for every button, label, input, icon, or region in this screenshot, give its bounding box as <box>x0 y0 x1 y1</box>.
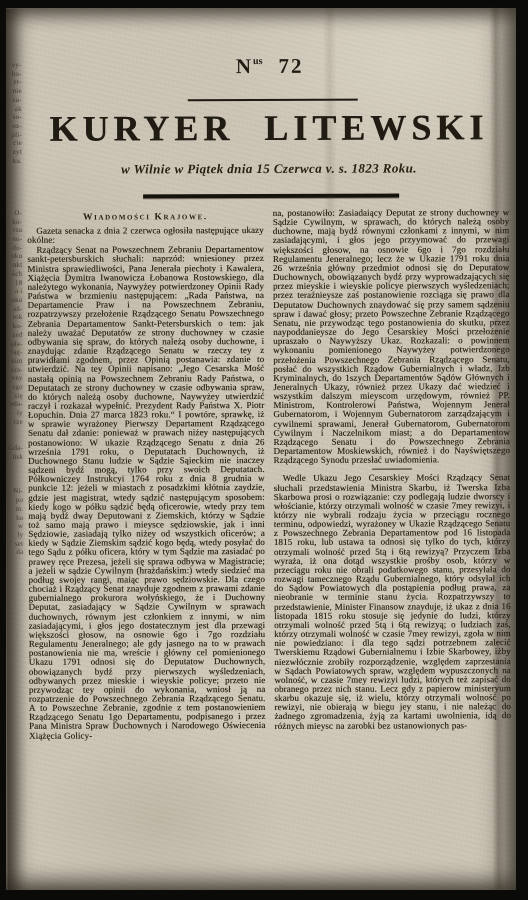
paragraph-divider-rule <box>372 469 412 470</box>
page-content: ey- ho- er- nie zu- ak so- oz- pli- cie … <box>4 7 517 891</box>
section-heading: Wiadomości Krajowe. <box>27 212 264 223</box>
left-column-paragraph: Rządzący Senat na Powszechnem Zebraniu D… <box>27 245 265 740</box>
adjacent-page-text-fragments: ey- ho- er- nie zu- ak so- oz- pli- cie … <box>5 61 24 557</box>
issue-number-superscript: us <box>253 56 262 67</box>
paper-crease <box>322 8 337 218</box>
newspaper-page: ey- ho- er- nie zu- ak so- oz- pli- cie … <box>6 8 516 890</box>
masthead-rule <box>143 194 399 199</box>
issue-number-letter: N <box>236 54 253 78</box>
scan-backdrop: ey- ho- er- nie zu- ak so- oz- pli- cie … <box>0 0 528 900</box>
issue-number: Nus72 <box>25 53 515 80</box>
issue-number-value: 72 <box>278 54 303 78</box>
newspaper-title: KURYER LITEWSKI <box>25 106 513 150</box>
right-column: na, postanowiło: Zasiadaiący Deputat ze … <box>273 208 512 872</box>
left-column-paragraph: Gazeta senacka z dnia 2 czerwca ogłosiła… <box>27 226 264 245</box>
article-columns: Wiadomości Krajowe. Gazeta senacka z dni… <box>27 208 511 873</box>
dateline: w Wilnie w Piątek dnia 15 Czerwca v. s. … <box>25 160 513 178</box>
right-column-paragraph: Wedle Ukazu Jego Cesarskiey Mości Rządzą… <box>274 474 511 731</box>
left-column: Wiadomości Krajowe. Gazeta senacka z dni… <box>27 209 266 873</box>
right-column-paragraph: na, postanowiło: Zasiadaiący Deputat ze … <box>273 208 510 465</box>
